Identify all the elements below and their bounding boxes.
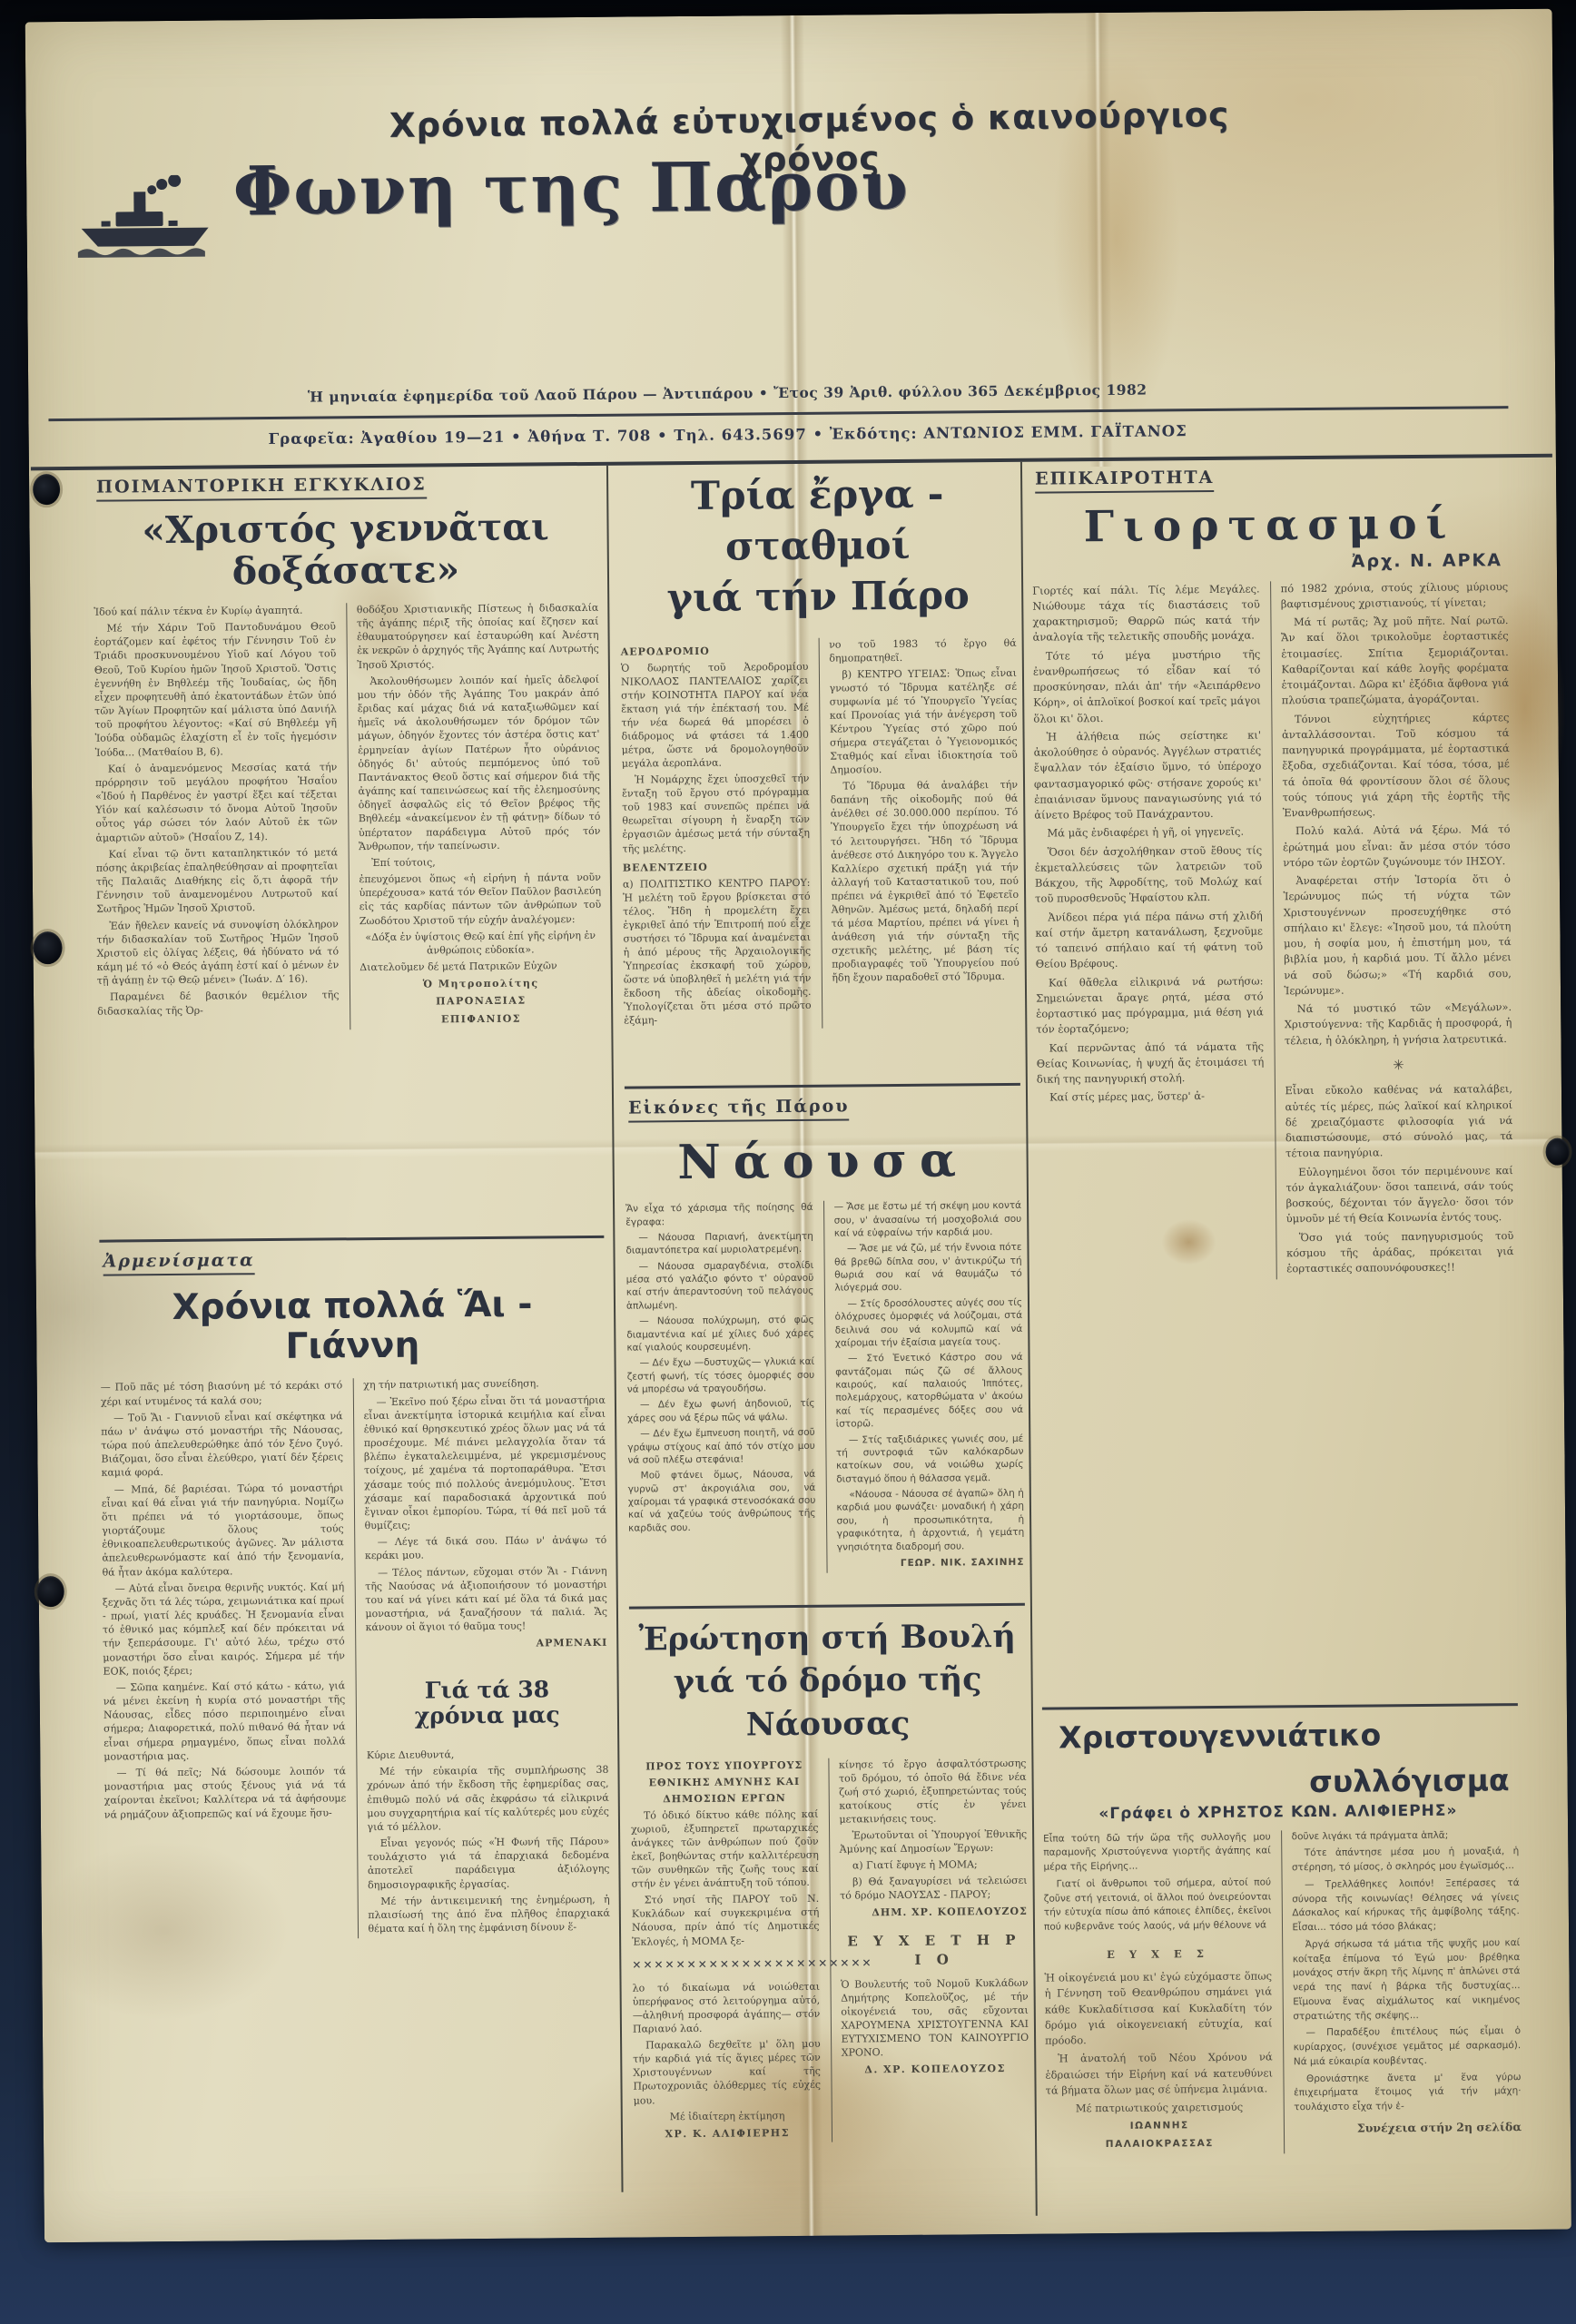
paragraph: Ἐάν ἤθελεν κανείς νά συνοψίση ὁλόκληρον … [96,917,339,988]
article-headline: Γιορτασμοί [1031,500,1507,552]
signature-line: ΠΑΛΑΙΟΚΡΑΣΣΑΣ [1046,2136,1274,2152]
paragraph: Τό Ἵδρυμα θά ἀναλάβει τήν δαπάνη τῆς οἰκ… [830,778,1019,985]
paragraph: Ἀναφέρεται στήν Ἱστορία ὅτι ὁ Ἱερώνυμος … [1283,871,1512,999]
paragraph: — Τέλος πάντων, εὔχομαι στόν Ἅι - Γιάννη… [365,1563,607,1634]
paragraph: Ἀνίδεοι πέρα γιά πέρα πάνω στή χλιδή καί… [1035,908,1263,972]
signature-line: ΑΡΜΕΝΑΚΙ [366,1636,608,1651]
paragraph: Τό ὁδικό δίκτυο κάθε πόλης καί χωριοῦ, ἐ… [631,1807,819,1891]
paragraph: Ὁ Βουλευτής τοῦ Νομοῦ Κυκλάδων Δημήτρης … [841,1975,1029,2059]
paragraph: — Αὐτά εἶναι ὄνειρα θερινῆς νυκτός. Καί … [103,1580,345,1679]
article-erotisi: Ἐρώτηση στή Βουλή γιά τό δρόμο τῆς Νάουσ… [629,1615,1029,2143]
section-rule [99,1236,604,1243]
paragraph: — Ἄσε με νά ζῶ, μέ τήν ἔννοια πότε θά βρ… [834,1241,1022,1295]
paragraph: — Νάουσα Παριανή, ἀνεκτίμητη διαμαντόπετ… [625,1230,813,1258]
middle-column-group: Τρία ἔργα - σταθμοί γιά τήν Πάρο ΑΕΡΟΔΡΟ… [619,469,1029,2143]
body-column: Εἶπα τούτη δῶ τήν ὥρα τῆς συλλογῆς μου π… [1043,1830,1274,2155]
paragraph: Νά τό μυ­στικό τῶν «Μεγάλων». Χριστούγεν… [1285,1000,1512,1049]
hole-punch [1545,1138,1569,1166]
paragraph: Παρακαλῶ δεχθεῖτε μ' ὅλη μου τήν καρδιά … [633,2037,821,2107]
newspaper-scan: Χρόνια πολλά εὐτυχισμένος ὁ καινούργιος … [0,0,1576,2324]
paragraph: Εὐλογημένοι ὅσοι τόν περιμένουνε καί τόν… [1285,1163,1513,1227]
paragraph: — Νάουσα πολύχρωμη, στό φῶς διαμαντένια … [626,1314,814,1354]
paragraph: Εἶναι εὔκολο καθένας νά καταλάβει, αὐτές… [1285,1081,1512,1161]
paragraph: λο τό δικαίωμα νά νοιώθεται ὑπερήφανος σ… [633,1980,821,2036]
paragraph: Διατελοῦμεν δέ μετά Πατρικῶν Εὐχῶν [360,959,602,974]
body-column: Ἰδού καί πάλιν τέκνα ἐν Κυρίῳ ἀγαπητά.Μέ… [94,603,340,1031]
paragraph: Ὅσοι δέν ἀσχολήθηκαν στοῦ ἔθους τίς ἐκμε… [1035,842,1263,907]
body-column: χη τήν πατριωτική μας συνείδηση.— Ἐκεῖνο… [352,1376,610,1938]
paragraph: Στό νησί τῆς ΠΑΡΟΥ τοῦ Ν. Κυκλάδων καί σ… [632,1892,820,1948]
body-column: νο τοῦ 1983 τό ἔργο θά δημοπρατηθεῖ.β) Κ… [818,636,1019,1029]
paragraph: — Στίς ταξιδιάρικες γωνιές σου, μέ τή συ… [836,1432,1024,1485]
masthead-rule-top [48,406,1508,421]
article-tria-erga: Τρία ἔργα - σταθμοί γιά τήν Πάρο ΑΕΡΟΔΡΟ… [619,469,1020,1076]
paragraph: ΔΗΜΟΣΙΩΝ ΕΡΓΩΝ [631,1791,819,1807]
article-headline: Τρία ἔργα - σταθμοί γιά τήν Πάρο [619,469,1016,625]
paragraph: — Ἐκεῖνο πού ξέρω εἶναι ὅτι τά μοναστήρι… [363,1393,606,1532]
newspaper-title: Φωνη της Παρου [212,147,931,231]
paragraph: Καί ὁ ἀναμενόμενος Μεσσίας κατά τήν πρόρ… [95,760,338,844]
paragraph: — Ἄσε με ἔστω μέ τή σκέψη μου κοντά σου,… [834,1199,1022,1240]
article-body: Ἰδού καί πάλιν τέκνα ἐν Κυρίῳ ἀγαπητά.Μέ… [94,601,602,1032]
article-body: ΑΕΡΟΔΡΟΜΙΟὉ δωρητής τοῦ Ἀεροδρομίου ΝΙΚΟ… [621,636,1020,1030]
paragraph: α) ΠΟΛΙΤΙΣΤΙΚΟ ΚΕΝΤΡΟ ΠΑΡΟΥ: Ἡ μελέτη το… [623,876,812,1028]
paragraph: ✳ [1285,1054,1512,1077]
article-kicker: ΠΟΙΜΑΝΤΟΡΙΚΗ ΕΓΚΥΚΛΙΟΣ [96,475,427,502]
paragraph: «Δόξα ἐν ὑψίστοις Θεῷ καί ἐπί γῆς εἰρήνη… [360,929,602,959]
signature-line: ΔΗΜ. ΧΡ. ΚΟΠΕΛΟΥΖΟΣ [840,1905,1028,1920]
headline-line: γιά τό δρόμο τῆς Νάουσας [674,1660,982,1743]
paragraph: Καί περνῶντας ἀπό τά νάματα τῆς Θείας Κο… [1036,1039,1264,1088]
paragraph: α) Γιατί ἔφυγε ἡ ΜΟΜΑ; [840,1857,1028,1873]
masthead-logo [74,175,216,263]
paragraph: Μέ τήν Χάριν Τοῦ Παντοδυνάμου Θεοῦ ἑορτά… [94,619,337,759]
paragraph: Ἡ Νομάρχης ἔχει ὑποσχεθεῖ τήν ἔνταξη τοῦ… [622,772,810,855]
paragraph: Τόννοι εὐχητήριες κάρτες ἀνταλλάσσονται.… [1282,710,1511,822]
article-byline: Ἀρχ. Ν. ΑΡΚΑ [1032,550,1502,575]
paragraph: Μέ τήν ἀντικειμενική της ἐνημέρωση, ἡ πλ… [368,1893,610,1936]
section-rule [1042,1703,1518,1710]
paragraph: Ἀκολουθήσωμεν λοιπόν καί ἡμεῖς ἀδελφοί μ… [357,673,600,854]
paragraph: ΒΕΛΕΝΤΖΕΙΟ [623,859,811,874]
article-kicker: Εἰκόνες τῆς Πάρου [628,1096,850,1122]
article-body: Ἄν εἶχα τό χάρισμα τῆς ποίησης θά ἔγραφα… [625,1199,1025,1575]
paragraph: Γιατί οἱ ἄνθρωποι τοῦ σήμερα, αὐτοί πού … [1044,1876,1272,1935]
paragraph: Ὁ δωρητής τοῦ Ἀεροδρομίου ΝΙΚΟΛΑΟΣ ΠΑΝΤΕ… [621,660,810,771]
paragraph: Μέ τήν εὐκαιρία τῆς συμπλήρωσης 38 χρόνω… [367,1763,609,1834]
article-headline: Ἐρώτηση στή Βουλή γιά τό δρόμο τῆς Νάουσ… [629,1615,1026,1748]
office-info-line: Γραφεῖα: Ἀγαθίου 19—21 • Ἀθήνα Τ. 708 • … [93,421,1364,449]
paragraph: β) Θά ξαναγυρίσει νά τελειώσει τό δρόμο … [840,1874,1028,1903]
paragraph: ✕✕✕✕✕✕✕✕✕✕✕✕✕✕✕✕✕✕✕✕✕✕ [632,1955,820,1972]
paragraph: νο τοῦ 1983 τό ἔργο θά δημοπρατηθεῖ. [829,636,1017,665]
paragraph: Παραμένει δέ βασικόν θεμέλιον τῆς διδασκ… [97,989,340,1019]
paragraph: ΕΘΝΙΚΗΣ ΑΜΥΝΗΣ ΚΑΙ [631,1775,819,1790]
paragraph: — Νάουσα σμαραγδένια, στολίδι μέσα στό γ… [626,1259,814,1313]
signature-line: ΧΡ. Κ. ΑΛΙΦΙΕΡΗΣ [634,2125,822,2141]
paragraph: Ε Υ Χ Ε Τ Η Ρ Ι Ο [841,1931,1029,1970]
paragraph: θοδόξου Χριστιανικῆς Πίστεως ἡ διδασκαλί… [357,601,599,672]
paragraph: Γιά τά 38 [366,1677,608,1703]
paragraph: Συνέχεια στήν 2η σελίδα [1294,2119,1522,2138]
paragraph: Ἐρωτοῦνται οἱ Ὑπουργοί Ἐθνικῆς Ἀμύνης κα… [840,1827,1028,1856]
paragraph: ἐπευχόμενοι ὅπως «ἡ εἰρήνη ἡ πάντα νοῦν … [359,871,601,928]
paragraph: — Σῶπα καημένε. Καί στό κάτω - κάτω, γιά… [103,1679,346,1763]
issue-info-line: Ἡ μηνιαία ἐφημερίδα τοῦ Λαοῦ Πάρου — Ἀντ… [92,379,1363,408]
paragraph: — Μπά, δέ βαριέσαι. Τώρα τό μοναστήρι εἶ… [102,1481,344,1580]
paragraph: — Δέν ἔχω φωνή ἀηδονιοῦ, τίς χάρες σου ν… [627,1397,815,1425]
paragraph: — Παραδέξου ἐπιτέλους πώς εἶμαι ὁ κυρίαρ… [1293,2024,1521,2069]
paragraph: Ἰδού καί πάλιν τέκνα ἐν Κυρίῳ ἀγαπητά. [94,603,336,618]
hole-punch [33,931,62,964]
article-byline: «Γράφει ὁ ΧΡΗΣΤΟΣ ΚΩΝ. ΑΛΙΦΙΕΡΗΣ» [1043,1801,1513,1824]
paragraph: ΠΡΟΣ ΤΟΥΣ ΥΠΟΥΡΓΟΥΣ [630,1758,818,1774]
headline-line: Χριστουγεννιάτικο [1042,1715,1518,1757]
section-rule [629,1603,1025,1610]
steamship-icon [74,175,216,260]
signature-line: Ὁ Μητροπολίτης [360,976,602,991]
article-kicker: Ἀρμενίσματα [103,1250,254,1275]
paragraph: — Ποῦ πᾶς μέ τόση βιασύνη μέ τό κεράκι σ… [101,1379,343,1409]
paragraph: Μά μᾶς ἐνδιαφέρει ἡ γῆ, οἱ γηγενεῖς. [1034,824,1262,842]
paragraph: Ἀργά σήκωσα τά μάτια τῆς ψυχῆς μου καί κ… [1293,1936,1521,2024]
newspaper-page: Χρόνια πολλά εὐτυχισμένος ὁ καινούργιος … [25,9,1571,2243]
paragraph: Μέ πατριωτικούς χαιρετισμούς [1046,2099,1274,2116]
body-column: Γιορτές καί πάλι. Τίς λέμε Μεγάλες. Νιώθ… [1032,581,1266,1282]
paragraph: χη τήν πατριωτική μας συνείδηση. [363,1376,606,1392]
paragraph: Γιορτές καί πάλι. Τίς λέμε Μεγάλες. Νιώθ… [1032,581,1260,645]
article-giortasmoi: ΕΠΙΚΑΙΡΟΤΗΤΑ Γιορτασμοί Ἀρχ. Ν. ΑΡΚΑ Γιο… [1031,465,1518,1697]
paragraph: «Νάουσα - Νάουσα σέ ἀγαπῶ» ὅλη ἡ καρδιά … [836,1487,1024,1554]
paragraph: Καί θἄθελα εἰλικρινά νά ρωτήσω: Σημειώνε… [1036,973,1264,1038]
paragraph: Τότε τό μέγα μυστήριο τῆς ἐνανθρωπήσεως … [1033,646,1261,726]
body-column: — Ποῦ πᾶς μέ τόση βιασύνη μέ τό κεράκι σ… [101,1379,348,1941]
headline-line: Τρία ἔργα - σταθμοί [691,472,944,570]
headline-line: συλλόγισμα [1042,1761,1518,1803]
paragraph: Ἐπί τούτοις, [359,854,601,870]
body-column: — Ἄσε με ἔστω μέ τή σκέψη μου κοντά σου,… [823,1199,1025,1573]
paragraph: — Δέν ἔχω ἔμπνευση ποιητῆ, νά σοῦ γράψω … [627,1426,815,1467]
signature-line: ΕΠΙΦΑΝΙΟΣ [360,1010,603,1026]
hole-punch [33,474,60,505]
paragraph: Καί εἶναι τῷ ὄντι καταπληκτικόν τό μετά … [96,845,339,916]
paragraph: Μοῦ φτάνει ὅμως, Νάουσα, νά γυρνῶ στ' ἀκ… [628,1468,816,1535]
hole-punch [37,1576,64,1607]
section-rule [625,1083,1020,1089]
signature-line: Δ. ΧΡ. ΚΟΠΕΛΟΥΖΟΣ [842,2062,1029,2077]
paragraph: — Στίς δροσόλουστες αὐγές σου τίς ὁλόχρυ… [834,1296,1022,1350]
article-armenismata: Ἀρμενίσματα Χρόνια πολλά Ἅι - Γιάννη — Π… [99,1247,610,1941]
article-encyclical: ΠΟΙΜΑΝΤΟΡΙΚΗ ΕΓΚΥΚΛΙΟΣ «Χριστός γεννᾶται… [93,473,604,1229]
paragraph: — Δέν ἔχω —δυστυχῶς— γλυκιά καί ζεστή φω… [627,1355,815,1396]
left-column-group: ΠΟΙΜΑΝΤΟΡΙΚΗ ΕΓΚΥΚΛΙΟΣ «Χριστός γεννᾶται… [93,473,610,1941]
paragraph: Εἶπα τούτη δῶ τήν ὥρα τῆς συλλογῆς μου π… [1043,1830,1271,1875]
paragraph: Πολύ καλά. Αὐτά νά ξέρω. Μά τό ἐρώτημά μ… [1283,822,1511,871]
body-column: πό 1982 χρόνια, στούς χίλιους μύριους βα… [1270,579,1514,1280]
article-headline: Χρόνια πολλά Ἅι - Γιάννη [100,1285,606,1368]
paragraph: Μέ ἰδιαίτερη ἐκτίμηση [634,2108,822,2123]
body-column: Ἄν εἶχα τό χάρισμα τῆς ποίησης θά ἔγραφα… [625,1201,816,1575]
body-column: ΑΕΡΟΔΡΟΜΙΟὉ δωρητής τοῦ Ἀεροδρομίου ΝΙΚΟ… [621,638,812,1030]
article-naousa: Εἰκόνες τῆς Πάρου Νάουσα Ἄν εἶχα τό χάρι… [625,1095,1025,1596]
headline-line: γιά τήν Πάρο [666,573,970,621]
article-body: Εἶπα τούτη δῶ τήν ὥρα τῆς συλλογῆς μου π… [1043,1828,1522,2156]
paragraph: Κύριε Διευθυντά, [367,1747,609,1762]
paragraph: Εἶναι γεγονός πώς «Ἡ Φωνή τῆς Πάρου» του… [368,1835,610,1892]
paragraph: Ε Υ Χ Ε Σ [1044,1945,1272,1963]
paragraph: δοῦνε λιγάκι τά πράγματα ἁπλᾶ; [1292,1828,1520,1845]
paragraph: β) ΚΕΝΤΡΟ ΥΓΕΙΑΣ: Ὅπως εἶναι γνωστό τό Ἵ… [829,666,1018,777]
paragraph: Ἡ ἀλήθεια πώς σείστηκε κι' ἀκολούθησε ὁ … [1033,727,1261,823]
paragraph: ΑΕΡΟΔΡΟΜΙΟ [621,644,809,659]
signature-line: ΓΕΩΡ. ΝΙΚ. ΣΑΧΙΝΗΣ [837,1556,1025,1571]
body-column: κίνησε τό ἔργο ἀσφαλτόστρωσης τοῦ δρόμου… [828,1757,1029,2142]
article-body: ΠΡΟΣ ΤΟΥΣ ΥΠΟΥΡΓΟΥΣΕΘΝΙΚΗΣ ΑΜΥΝΗΣ ΚΑΙΔΗΜ… [630,1757,1029,2144]
paragraph: κίνησε τό ἔργο ἀσφαλτόστρωσης τοῦ δρόμου… [839,1757,1027,1827]
paragraph: Ὅσο γιά τούς πανηγυρισμούς τοῦ κόσμου τῆ… [1286,1228,1514,1277]
paragraph: — Λέγε τά δικά σου. Πάω ν' ἀνάψω τό κερά… [365,1533,607,1563]
article-headline: «Χριστός γεννᾶται δοξάσατε» [93,507,598,595]
body-column: δοῦνε λιγάκι τά πράγματα ἁπλᾶ;Τότε ἀπάντ… [1281,1828,1522,2154]
paragraph: — Τοῦ Ἅι - Γιαννιοῦ εἶναι καί σκέφτηκα ν… [101,1409,343,1480]
right-column-group: ΕΠΙΚΑΙΡΟΤΗΤΑ Γιορτασμοί Ἀρχ. Ν. ΑΡΚΑ Γιο… [1031,465,1522,2155]
article-body: Γιορτές καί πάλι. Τίς λέμε Μεγάλες. Νιώθ… [1032,579,1514,1282]
paragraph: χρόνια μας [366,1703,608,1729]
headline-line: Ἐρώτηση στή Βουλή [638,1618,1016,1659]
paragraph: Τότε ἀπάντησε μέσα μου ἡ μοναξιά, ἡ στέρ… [1292,1845,1520,1876]
paragraph: Ἄν εἶχα τό χάρισμα τῆς ποίησης θά ἔγραφα… [625,1201,813,1229]
paragraph: Θρονιάστηκε ἄνετα μ' ἕνα γύρω ἐπιχειρήμα… [1294,2071,1522,2115]
article-headline: Νάουσα [625,1134,1020,1190]
signature-line: ΠΑΡΟΝΑΞΙΑΣ [360,993,603,1009]
paragraph: — Στό Ἑνετικό Κάστρο σου νά φαντάζομαι π… [835,1351,1023,1431]
body-column: θοδόξου Χριστιανικῆς Πίστεως ἡ διδασκαλί… [346,601,603,1029]
article-kicker: ΕΠΙΚΑΙΡΟΤΗΤΑ [1035,468,1214,494]
signature-line: ΙΩΑΝΝΗΣ [1046,2119,1274,2135]
paragraph: Καί στίς μέρες μας, ὕστερ' ἀ- [1037,1088,1265,1106]
paragraph: — Τί θά πεῖς; Νά δώσουμε λοιπόν τά μονασ… [103,1764,346,1821]
article-syllogisma: Χριστουγεννιάτικο συλλόγισμα «Γράφει ὁ Χ… [1042,1715,1522,2155]
paragraph: πό 1982 χρόνια, στούς χίλιους μύριους βα… [1281,579,1509,613]
paragraph: Ἡ ἀνατολή τοῦ Νέου Χρόνου νά ἑδραιώσει τ… [1045,2050,1273,2099]
paragraph: Ἡ οἰκογένειά μου κι' ἐγώ εὐχόμαστε ὅπως … [1044,1968,1272,2048]
article-body: — Ποῦ πᾶς μέ τόση βιασύνη μέ τό κεράκι σ… [101,1376,610,1941]
paragraph: Μά τί ρωτᾶς; Ἄχ μοῦ πῆτε. Ναί ρωτῶ. Ἄν κ… [1281,613,1509,709]
body-column: ΠΡΟΣ ΤΟΥΣ ΥΠΟΥΡΓΟΥΣΕΘΝΙΚΗΣ ΑΜΥΝΗΣ ΚΑΙΔΗΜ… [630,1758,821,2144]
paragraph: — Τρελλάθηκες λοιπόν! Ξεπέρασες τά σύνορ… [1292,1876,1520,1935]
